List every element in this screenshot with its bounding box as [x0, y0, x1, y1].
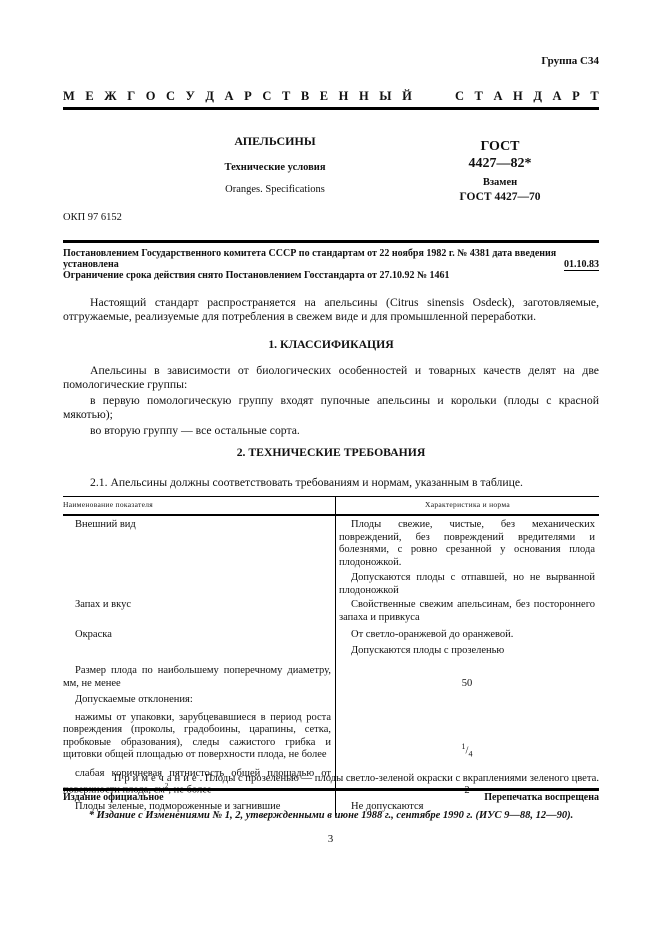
heading-letter: А [225, 89, 234, 104]
decree-line-3: Ограничение срока действия снято Постано… [63, 271, 599, 282]
table-row: Окраска От светло-оранжевой до оранжевой… [63, 626, 599, 659]
table-row: Допускаемые отклонения: [63, 692, 599, 709]
table-row: Внешний вид Плоды свежие, чистые, без ме… [63, 515, 599, 599]
heading-letter: Ы [379, 89, 391, 104]
document-subtitle: Технические условия [150, 162, 400, 173]
heading-letter: С [262, 89, 271, 104]
classification-group-2: во вторую группу — все остальные сорта. [63, 424, 599, 438]
replaces-label: Взамен [440, 177, 560, 188]
heading-letter: А [493, 89, 502, 104]
heading-letter: У [186, 89, 195, 104]
heading-letter: Н [339, 89, 349, 104]
heading-letter: С [455, 89, 464, 104]
header-norm: Характеристика и норма [336, 497, 600, 516]
table-row: нажимы от упаковки, зарубцевавшиеся в пе… [63, 709, 599, 764]
table-row: Размер плода по наибольшему поперечному … [63, 659, 599, 692]
gost-number: 4427—82* [440, 156, 560, 172]
heading-letter: Т [475, 89, 483, 104]
replaces-gost: ГОСТ 4427—70 [440, 191, 560, 203]
classification-group-1: в первую помологическую группу входят пу… [63, 394, 599, 422]
section-1-body: Апельсины в зависимости от биологических… [63, 364, 599, 438]
heading-letter: Д [205, 89, 214, 104]
heading-letter: Е [320, 89, 328, 104]
intro-paragraph: Настоящий стандарт распространяется на а… [63, 296, 599, 324]
heading-letter: Д [533, 89, 542, 104]
heading-letter: Н [359, 89, 369, 104]
table-header-row: Наименование показателя Характеристика и… [63, 497, 599, 516]
heading-letter: Т [282, 89, 290, 104]
heading-letter: Ж [104, 89, 116, 104]
decree-line-1: Постановлением Государственного комитета… [63, 249, 599, 260]
heading-letter: Р [244, 89, 252, 104]
heading-letter: Т [590, 89, 598, 104]
reprint-prohibited: Перепечатка воспрещена [484, 792, 599, 803]
heading-letter: Г [127, 89, 135, 104]
note-label: Примечание [114, 773, 200, 784]
page-number: 3 [0, 833, 661, 845]
heading-letter: Н [513, 89, 523, 104]
classification-paragraph: Апельсины в зависимости от биологических… [63, 364, 599, 392]
heading-rule [63, 107, 599, 110]
heading-letter: Е [85, 89, 93, 104]
english-title: Oranges. Specifications [150, 184, 400, 195]
okp-rule [63, 240, 599, 243]
effective-date: 01.10.83 [564, 260, 599, 272]
official-edition: Издание официальное [63, 792, 164, 803]
interstate-standard-heading: МЕЖГОСУДАРСТВЕННЫЙСТАНДАРТ [63, 89, 599, 104]
header-indicator: Наименование показателя [63, 497, 336, 516]
table-note: Примечание. Плоды с прозеленью — плоды с… [63, 773, 599, 784]
amendments-footnote: * Издание с Изменениями № 1, 2, утвержде… [63, 810, 599, 821]
gost-label: ГОСТ [440, 139, 560, 155]
okp-code: ОКП 97 6152 [63, 212, 122, 223]
section-2-title: 2. ТЕХНИЧЕСКИЕ ТРЕБОВАНИЯ [63, 446, 599, 459]
clause-2-1: 2.1. Апельсины должны соответствовать тр… [63, 476, 599, 490]
requirements-table: Наименование показателя Характеристика и… [63, 496, 599, 816]
heading-letter: О [146, 89, 156, 104]
heading-letter: С [166, 89, 175, 104]
group-code: Группа С34 [541, 55, 599, 67]
heading-letter: В [301, 89, 309, 104]
heading-letter: М [63, 89, 75, 104]
fraction-value: 1/4 [336, 709, 600, 764]
table-row: Запах и вкус Свойственные свежим апельси… [63, 599, 599, 626]
heading-letter: Й [402, 89, 412, 104]
decree-block: Постановлением Государственного комитета… [63, 249, 599, 282]
heading-letter: А [553, 89, 562, 104]
heading-letter: Р [572, 89, 580, 104]
document-title: АПЕЛЬСИНЫ [150, 134, 400, 149]
footer-rule [63, 788, 599, 791]
section-1-title: 1. КЛАССИФИКАЦИЯ [63, 338, 599, 351]
